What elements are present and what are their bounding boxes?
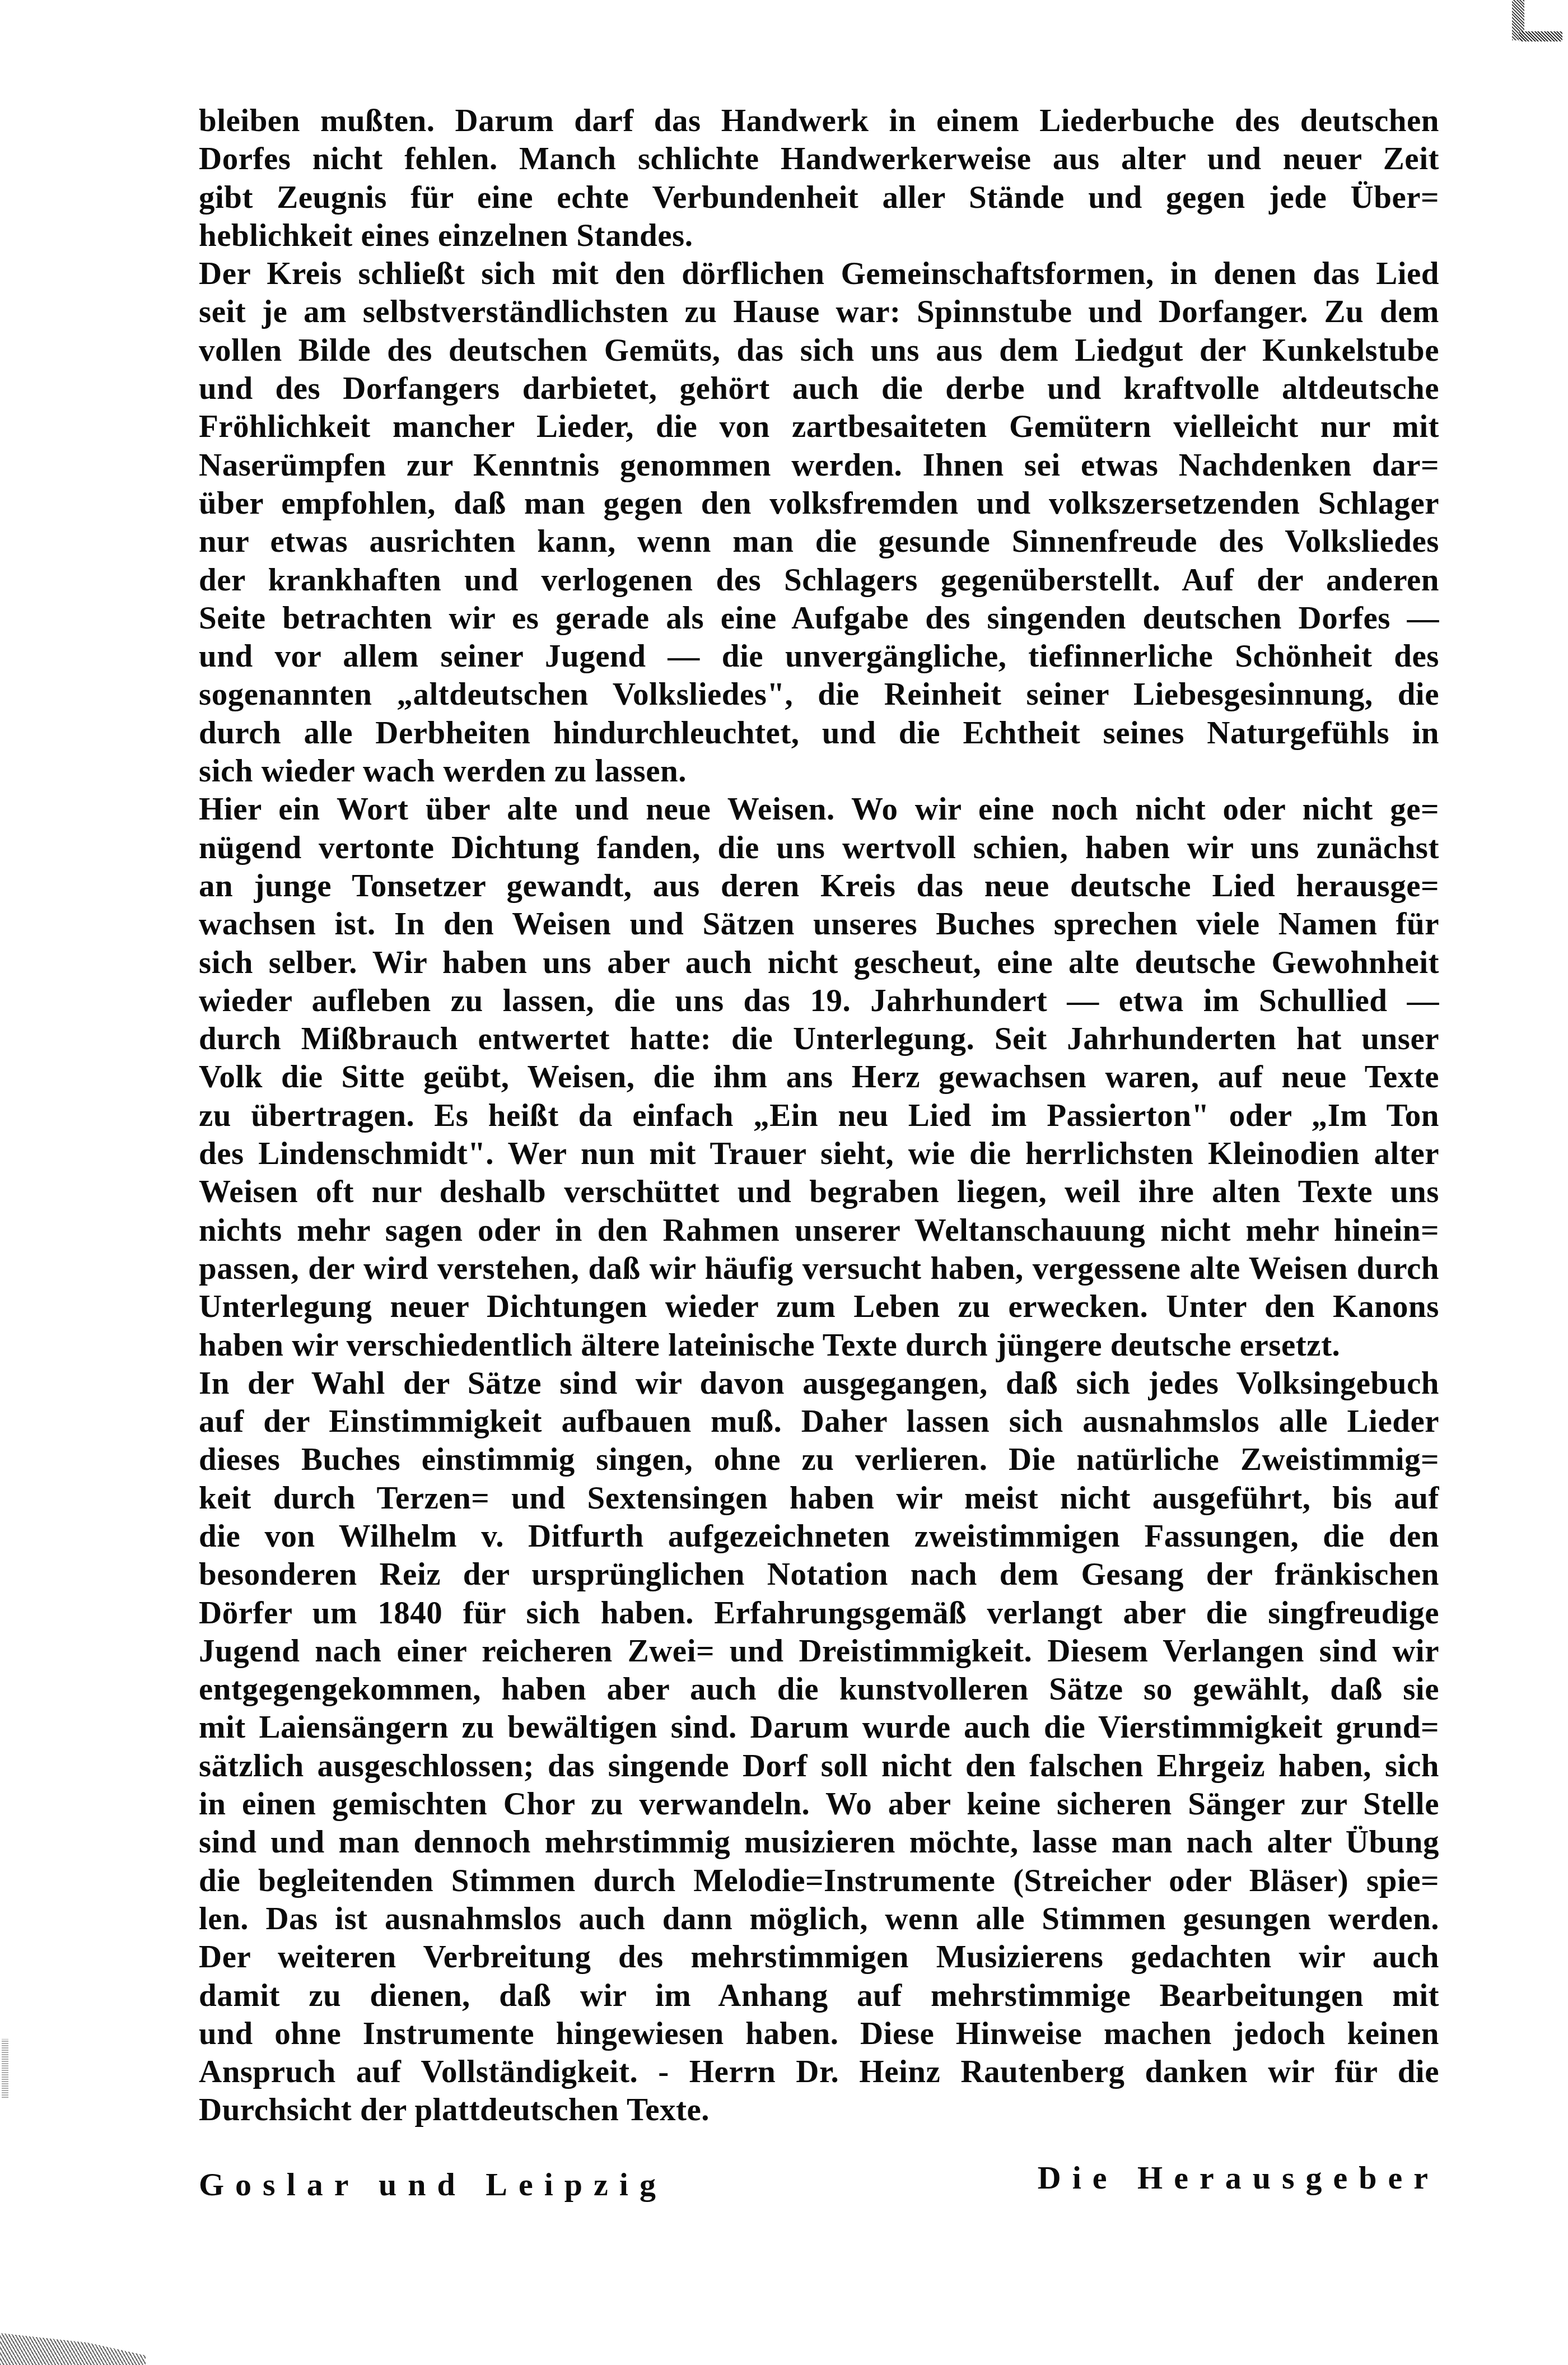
text-line: heblichkeit eines einzelnen Standes. <box>199 217 1439 255</box>
text-line: die von Wilhelm v. Ditfurth aufgezeichne… <box>199 1517 1439 1556</box>
text-line: mit Laiensängern zu bewältigen sind. Dar… <box>199 1708 1439 1747</box>
text-line: Unterlegung neuer Dichtungen wieder zum … <box>199 1288 1439 1326</box>
text-line: in einen gemischten Chor zu verwandeln. … <box>199 1785 1439 1823</box>
text-line: sogenannten „altdeutschen Volksliedes", … <box>199 676 1439 714</box>
text-line: Seite betrachten wir es gerade als eine … <box>199 599 1439 637</box>
text-line: dieses Buches einstimmig singen, ohne zu… <box>199 1441 1439 1479</box>
scan-artifact-bottom-left <box>0 2333 146 2365</box>
text-line: Der weiteren Verbreitung des mehrstimmig… <box>199 1938 1439 1976</box>
text-line: wieder aufleben zu lassen, die uns das 1… <box>199 982 1439 1020</box>
text-line: nichts mehr sagen oder in den Rahmen uns… <box>199 1212 1439 1250</box>
scan-artifact-left-edge <box>2 2039 8 2098</box>
text-line: besonderen Reiz der ursprünglichen Notat… <box>199 1556 1439 1594</box>
text-line: vollen Bilde des deutschen Gemüts, das s… <box>199 332 1439 370</box>
text-line: Hier ein Wort über alte und neue Weisen.… <box>199 790 1439 828</box>
text-line: und ohne Instrumente hingewiesen haben. … <box>199 2015 1439 2053</box>
text-line: durch alle Derbheiten hindurchleuchtet, … <box>199 714 1439 752</box>
book-page: bleiben mußten. Darum darf das Handwerk … <box>0 0 1568 2365</box>
text-line: damit zu dienen, daß wir im Anhang auf m… <box>199 1977 1439 2015</box>
text-line: sätzlich ausgeschlossen; das singende Do… <box>199 1747 1439 1785</box>
text-line: und vor allem seiner Jugend — die unverg… <box>199 637 1439 676</box>
text-line: keit durch Terzen= und Sextensingen habe… <box>199 1479 1439 1517</box>
text-line: die begleitenden Stimmen durch Melodie=I… <box>199 1862 1439 1900</box>
text-line: des Lindenschmidt". Wer nun mit Trauer s… <box>199 1135 1439 1173</box>
text-line: Weisen oft nur deshalb verschüttet und b… <box>199 1173 1439 1211</box>
text-line: Fröhlichkeit mancher Lieder, die von zar… <box>199 408 1439 446</box>
text-line: der krankhaften und verlogenen des Schla… <box>199 561 1439 599</box>
text-line: Volk die Sitte geübt, Weisen, die ihm an… <box>199 1058 1439 1096</box>
text-line: In der Wahl der Sätze sind wir davon aus… <box>199 1365 1439 1403</box>
text-line: auf der Einstimmigkeit aufbauen muß. Dah… <box>199 1403 1439 1441</box>
text-line: Der Kreis schließt sich mit den dörflich… <box>199 255 1439 293</box>
text-line: sind und man dennoch mehrstimmig musizie… <box>199 1823 1439 1861</box>
text-line: sich wieder wach werden zu lassen. <box>199 752 1439 790</box>
text-line: durch Mißbrauch entwertet hatte: die Unt… <box>199 1020 1439 1058</box>
text-line: über empfohlen, daß man gegen den volksf… <box>199 485 1439 523</box>
text-line: sich selber. Wir haben uns aber auch nic… <box>199 944 1439 982</box>
text-line: bleiben mußten. Darum darf das Handwerk … <box>199 102 1439 140</box>
text-line: len. Das ist ausnahmslos auch dann mögli… <box>199 1900 1439 1938</box>
text-line: wachsen ist. In den Weisen und Sätzen un… <box>199 905 1439 943</box>
signature-place: Goslar und Leipzig <box>199 2162 667 2207</box>
text-line: gibt Zeugnis für eine echte Verbundenhei… <box>199 179 1439 217</box>
text-line: entgegengekommen, haben aber auch die ku… <box>199 1670 1439 1708</box>
text-line: Anspruch auf Vollständigkeit. - Herrn Dr… <box>199 2053 1439 2091</box>
signature-authors: Die Herausgeber <box>1038 2155 1439 2200</box>
text-line: seit je am selbstverständlichsten zu Hau… <box>199 293 1439 331</box>
text-line: an junge Tonsetzer gewandt, aus deren Kr… <box>199 867 1439 905</box>
text-line: Naserümpfen zur Kenntnis genommen werden… <box>199 446 1439 485</box>
text-line: Dörfer um 1840 für sich haben. Erfahrung… <box>199 1594 1439 1632</box>
scan-artifact-top-right-foot <box>1519 31 1562 41</box>
text-line: haben wir verschiedentlich ältere latein… <box>199 1326 1439 1365</box>
text-line: nur etwas ausrichten kann, wenn man die … <box>199 523 1439 561</box>
signature-row: Goslar und Leipzig Die Herausgeber <box>199 2162 1439 2207</box>
text-line: Durchsicht der plattdeutschen Texte. <box>199 2091 1439 2129</box>
text-line: nügend vertonte Dichtung fanden, die uns… <box>199 829 1439 867</box>
text-line: zu übertragen. Es heißt da einfach „Ein … <box>199 1097 1439 1135</box>
text-line: passen, der wird verstehen, daß wir häuf… <box>199 1250 1439 1288</box>
body-text: bleiben mußten. Darum darf das Handwerk … <box>199 102 1439 2130</box>
text-line: Jugend nach einer reicheren Zwei= und Dr… <box>199 1632 1439 1670</box>
text-line: und des Dorfangers darbietet, gehört auc… <box>199 370 1439 408</box>
text-line: Dorfes nicht fehlen. Manch schlichte Han… <box>199 140 1439 178</box>
